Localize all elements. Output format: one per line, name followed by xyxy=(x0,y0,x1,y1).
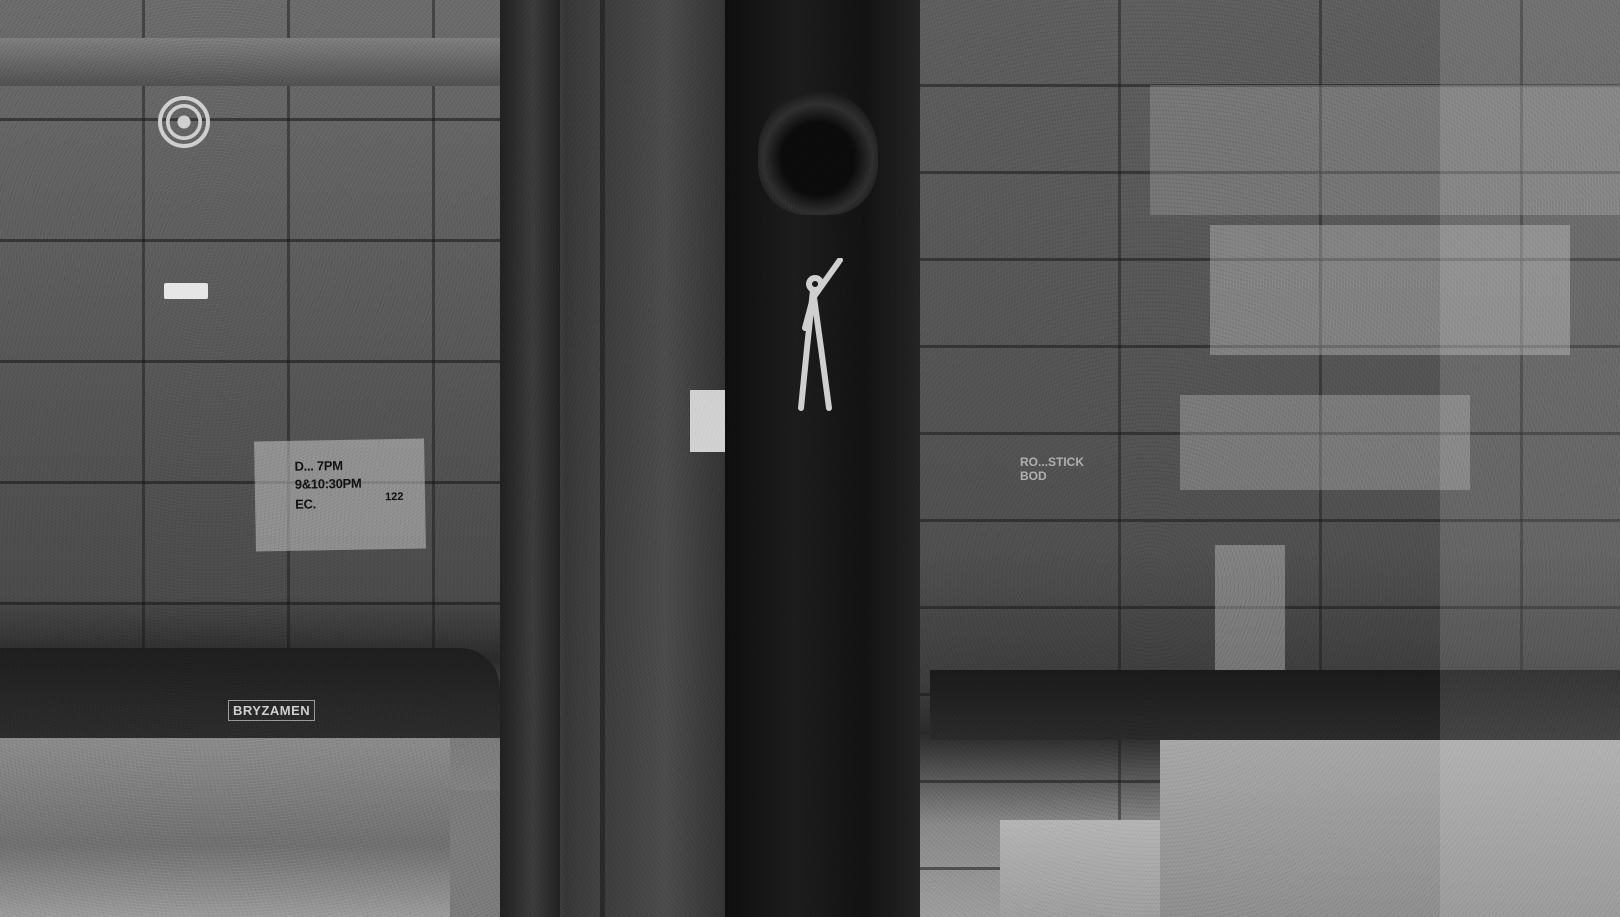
film-grain-overlay xyxy=(0,0,1620,917)
photograph: D... 7PM 9&10:30PM EC. 122 BRYZAMEN RO..… xyxy=(0,0,1620,917)
